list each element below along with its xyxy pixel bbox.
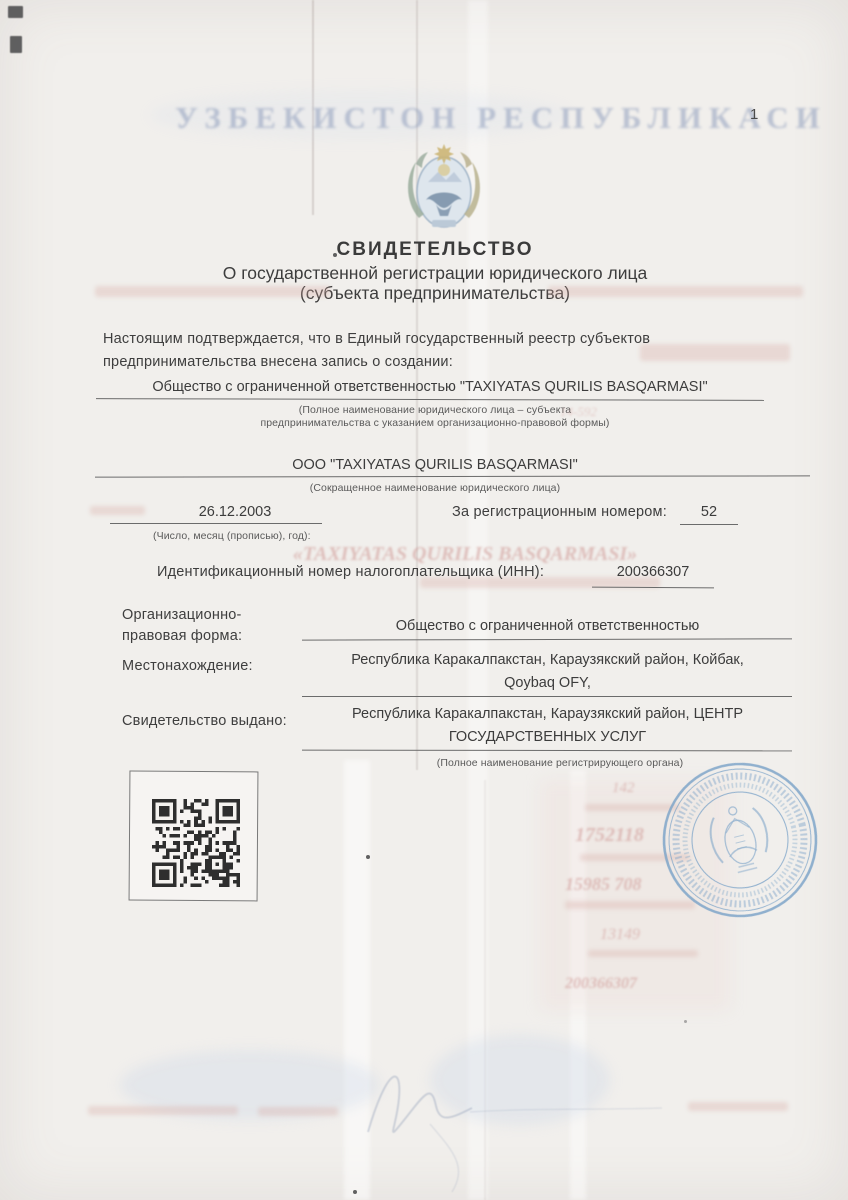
- document-title: СВИДЕТЕЛЬСТВО: [90, 239, 780, 261]
- company-full-name: Общество с ограниченной ответственностью…: [96, 379, 764, 395]
- underline: [680, 523, 738, 525]
- scan-light-band: [344, 760, 370, 1200]
- bleedthrough-number: 142: [612, 780, 635, 797]
- bleedthrough-smudge: [588, 950, 698, 957]
- reg-number-label: За регистрационным номером:: [452, 504, 667, 520]
- full-name-caption-1: (Полное наименование юридического лица –…: [140, 404, 730, 416]
- short-name-caption: (Сокращенное наименование юридического л…: [140, 482, 730, 494]
- location-value-line1: Республика Каракалпакстан, Караузякский …: [305, 652, 790, 668]
- scanned-certificate-page: УЗБЕКИСТОН РЕСПУБЛИКАСИ 1 СВИДЕТЕЛЬСТВО …: [0, 0, 848, 1200]
- scan-smudge: [430, 1035, 610, 1125]
- bleedthrough-number: 13149: [600, 926, 640, 944]
- inn-label: Идентификационный номер налогоплательщик…: [157, 564, 544, 580]
- ink-dot: [684, 1020, 687, 1023]
- bleedthrough-smudge: [90, 506, 145, 515]
- location-label: Местонахождение:: [122, 658, 253, 674]
- underline: [95, 474, 810, 477]
- underline: [110, 522, 322, 524]
- underline: [302, 749, 792, 752]
- copier-mark: [8, 6, 23, 18]
- full-name-caption-2: предпринимательства с указанием организа…: [140, 417, 730, 429]
- issued-caption: (Полное наименование регистрирующего орг…: [395, 757, 725, 769]
- reg-number-value: 52: [680, 504, 738, 520]
- page-number: 1: [750, 106, 758, 123]
- bleedthrough-country-title: УЗБЕКИСТОН РЕСПУБЛИКАСИ: [175, 100, 827, 136]
- uzbekistan-emblem-icon: [392, 142, 496, 236]
- bleedthrough-number: 1752118: [575, 824, 644, 847]
- issued-label: Свидетельство выдано:: [122, 713, 287, 729]
- bleedthrough-smudge: [95, 286, 330, 297]
- bleedthrough-reg-fragment: 14-592: [560, 404, 597, 420]
- registration-date: 26.12.2003: [140, 504, 330, 520]
- bleedthrough-smudge: [640, 344, 790, 361]
- inn-value: 200366307: [598, 564, 708, 580]
- ink-dot: [366, 855, 370, 859]
- qr-code-icon: [152, 799, 240, 887]
- issued-value-line1: Республика Каракалпакстан, Караузякский …: [305, 706, 790, 722]
- document-subtitle-1: О государственной регистрации юридическо…: [90, 263, 780, 284]
- form-label-line2: правовая форма:: [122, 628, 242, 644]
- bleedthrough-smudge: [88, 1106, 238, 1115]
- issued-value-line2: ГОСУДАРСТВЕННЫХ УСЛУГ: [305, 729, 790, 745]
- form-value: Общество с ограниченной ответственностью: [305, 618, 790, 634]
- bleedthrough-number: 15985 708: [565, 874, 642, 895]
- intro-line-2: предпринимательства внесена запись о соз…: [103, 354, 453, 370]
- date-caption: (Число, месяц (прописью), год):: [153, 530, 311, 542]
- bleedthrough-company-name: «TAXIYATAS QURILIS BASQARMASI»: [265, 543, 665, 566]
- location-value-line2: Qoybaq OFY,: [305, 675, 790, 691]
- underline: [302, 637, 792, 640]
- bleedthrough-smudge: [258, 1107, 338, 1116]
- bleedthrough-smudge: [688, 1102, 788, 1111]
- underline: [96, 397, 764, 401]
- company-short-name: ООО "TAXIYATAS QURILIS BASQARMASI": [95, 457, 775, 473]
- underline: [302, 695, 792, 697]
- intro-line-1: Настоящим подтверждается, что в Единый г…: [103, 331, 650, 347]
- form-label-line1: Организационно-: [122, 607, 242, 623]
- ink-dot: [353, 1190, 357, 1194]
- bleedthrough-number: 200366307: [565, 975, 637, 993]
- bleedthrough-smudge: [548, 286, 803, 297]
- copier-mark: [10, 36, 22, 53]
